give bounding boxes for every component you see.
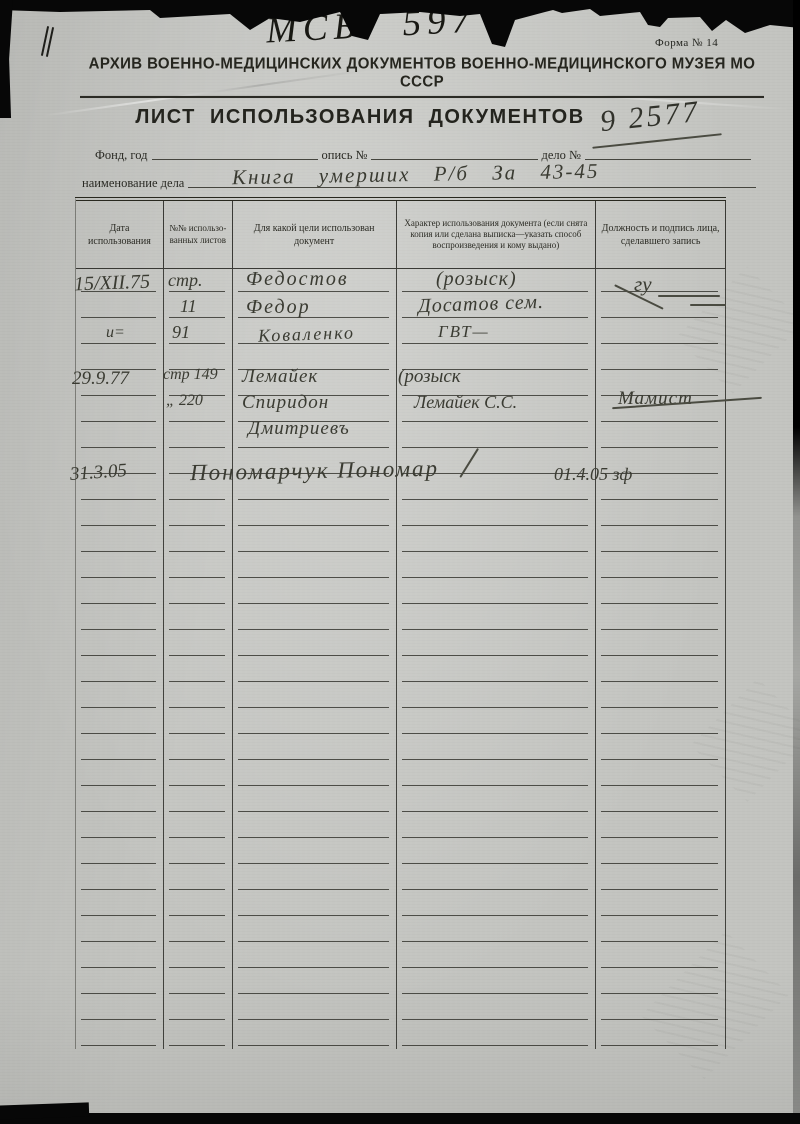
table-cell	[397, 503, 597, 529]
entry1-usage: (розыск)	[436, 268, 517, 291]
table-row	[76, 841, 726, 867]
table-cell	[397, 945, 597, 971]
table-row	[76, 425, 726, 451]
fond-line: Фонд, год опись № дело №	[95, 148, 755, 163]
table-cell	[164, 893, 233, 919]
table-cell	[596, 711, 726, 737]
table-cell	[596, 1023, 726, 1049]
fond-label: Фонд, год	[95, 148, 148, 163]
table-cell	[397, 893, 597, 919]
table-cell	[233, 581, 397, 607]
table-cell	[164, 685, 233, 711]
table-cell	[164, 503, 233, 529]
table-row	[76, 295, 726, 321]
entry1-usage: ГВТ—	[438, 322, 490, 342]
table-cell	[233, 607, 397, 633]
table-cell	[397, 971, 597, 997]
case-name-label: наименование дела	[82, 176, 184, 191]
entry2-sheets: стр 149	[163, 366, 218, 384]
table-row	[76, 503, 726, 529]
table-cell	[233, 815, 397, 841]
entry1-signature: гу	[634, 272, 652, 297]
table-cell	[397, 919, 597, 945]
form-number-label: Форма № 14	[655, 37, 718, 49]
entry1-name: Федор	[246, 296, 311, 319]
table-row	[76, 737, 726, 763]
entry1-date: 15/XII.75	[74, 271, 151, 297]
table-cell	[76, 997, 164, 1023]
table-cell	[76, 633, 164, 659]
table-row	[76, 945, 726, 971]
table-cell	[164, 659, 233, 685]
table-cell	[164, 581, 233, 607]
opis-label: опись №	[322, 148, 368, 163]
entry1-mark: и=	[106, 324, 125, 342]
table-cell	[397, 867, 597, 893]
table-cell	[596, 737, 726, 763]
scan-edge-bottom	[0, 1113, 800, 1124]
table-cell	[76, 737, 164, 763]
table-cell	[233, 659, 397, 685]
table-cell	[397, 841, 597, 867]
table-cell	[76, 945, 164, 971]
table-cell	[164, 763, 233, 789]
table-cell	[596, 945, 726, 971]
table-cell	[596, 581, 726, 607]
table-cell	[76, 763, 164, 789]
table-cell	[233, 711, 397, 737]
header-date: Дата использования	[76, 201, 164, 269]
table-cell	[76, 711, 164, 737]
table-cell	[164, 971, 233, 997]
table-cell	[76, 841, 164, 867]
table-cell	[397, 789, 597, 815]
table-cell	[397, 1023, 597, 1049]
table-row	[76, 529, 726, 555]
entry1-sheets: 91	[172, 322, 190, 343]
entry3-signature: 01.4.05 зф	[554, 464, 632, 485]
table-cell	[164, 711, 233, 737]
table-cell	[596, 529, 726, 555]
table-cell	[76, 867, 164, 893]
table-cell	[164, 633, 233, 659]
table-cell	[164, 295, 233, 321]
table-cell	[397, 529, 597, 555]
table-cell	[233, 737, 397, 763]
table-row	[76, 659, 726, 685]
table-row	[76, 789, 726, 815]
entry3-date: 31.3.05	[69, 460, 127, 486]
table-cell	[233, 789, 397, 815]
table-cell	[164, 919, 233, 945]
table-cell	[596, 269, 726, 295]
table-cell	[596, 867, 726, 893]
table-cell	[596, 347, 726, 373]
table-cell	[233, 555, 397, 581]
table-cell	[76, 607, 164, 633]
table-row	[76, 685, 726, 711]
table-cell	[233, 633, 397, 659]
header-signature: Должность и подпись лица, сделавшего зап…	[596, 201, 726, 269]
entry2-name: Лемайек	[242, 366, 318, 388]
table-cell	[596, 971, 726, 997]
delo-blank-line	[585, 158, 751, 160]
scan-edge-right	[793, 0, 800, 1124]
table-cell	[596, 841, 726, 867]
table-cell	[596, 815, 726, 841]
table-cell	[233, 971, 397, 997]
table-cell	[76, 555, 164, 581]
table-cell	[76, 425, 164, 451]
header-usage-character: Характер использования документа (если с…	[397, 201, 597, 269]
table-cell	[76, 685, 164, 711]
entry1-usage: Досатов сем.	[418, 291, 545, 318]
table-cell	[397, 581, 597, 607]
table-cell	[233, 685, 397, 711]
table-cell	[596, 789, 726, 815]
scanned-document: Форма № 14 АРХИВ ВОЕННО-МЕДИЦИНСКИХ ДОКУ…	[0, 0, 800, 1124]
table-cell	[397, 425, 597, 451]
table-cell	[164, 789, 233, 815]
table-cell	[233, 763, 397, 789]
table-cell	[233, 503, 397, 529]
entry1-sheets: 11	[180, 296, 197, 317]
table-cell	[233, 893, 397, 919]
page-title: ЛИСТ ИСПОЛЬЗОВАНИЯ ДОКУМЕНТОВ	[90, 106, 630, 129]
table-row	[76, 711, 726, 737]
table-cell	[233, 867, 397, 893]
table-row	[76, 763, 726, 789]
table-cell	[397, 321, 597, 347]
table-cell	[233, 919, 397, 945]
entry1-sheets: стр.	[168, 270, 203, 291]
table-cell	[233, 945, 397, 971]
table-cell	[76, 971, 164, 997]
table-cell	[233, 997, 397, 1023]
table-row	[76, 607, 726, 633]
table-header-row: Дата использования №№ использо- ванных л…	[76, 201, 726, 269]
table-cell	[76, 503, 164, 529]
table-row	[76, 1023, 726, 1049]
table-cell	[397, 607, 597, 633]
entry2-name: Спиридон	[242, 392, 329, 414]
table-cell	[596, 659, 726, 685]
table-cell	[164, 1023, 233, 1049]
table-cell	[76, 529, 164, 555]
fond-blank-line	[152, 158, 318, 160]
table-cell	[596, 425, 726, 451]
entry1-name: Федостов	[246, 268, 349, 291]
table-cell	[164, 945, 233, 971]
table-cell	[233, 841, 397, 867]
table-cell	[397, 633, 597, 659]
table-cell	[596, 555, 726, 581]
table-row	[76, 971, 726, 997]
table-cell	[164, 607, 233, 633]
table-cell	[164, 425, 233, 451]
table-cell	[596, 763, 726, 789]
table-cell	[596, 997, 726, 1023]
entry3-text: Пономарчук Пономар	[190, 456, 439, 486]
table-cell	[233, 1023, 397, 1049]
table-cell	[397, 711, 597, 737]
entry2-name: Дмитриевъ	[248, 418, 350, 440]
table-cell	[76, 919, 164, 945]
table-cell	[596, 321, 726, 347]
table-cell	[397, 737, 597, 763]
table-cell	[397, 659, 597, 685]
table-row	[76, 867, 726, 893]
table-cell	[596, 685, 726, 711]
table-cell	[164, 841, 233, 867]
table-row	[76, 997, 726, 1023]
table-row	[76, 893, 726, 919]
table-cell	[164, 529, 233, 555]
table-cell	[76, 581, 164, 607]
table-row	[76, 555, 726, 581]
table-row	[76, 919, 726, 945]
table-cell	[397, 685, 597, 711]
table-cell	[596, 893, 726, 919]
ink-stroke	[658, 295, 720, 297]
table-cell	[76, 893, 164, 919]
table-cell	[397, 555, 597, 581]
table-cell	[164, 555, 233, 581]
entry1-name: Коваленко	[258, 322, 356, 346]
table-cell	[596, 919, 726, 945]
table-cell	[76, 789, 164, 815]
table-cell	[397, 815, 597, 841]
header-purpose: Для какой цели использован документ	[233, 201, 397, 269]
archive-header: АРХИВ ВОЕННО-МЕДИЦИНСКИХ ДОКУМЕНТОВ ВОЕН…	[80, 55, 764, 98]
table-cell	[397, 763, 597, 789]
table-cell	[76, 815, 164, 841]
table-cell	[596, 503, 726, 529]
table-cell	[596, 607, 726, 633]
table-cell	[76, 399, 164, 425]
entry2-usage: (розыск	[398, 366, 461, 388]
table-cell	[76, 295, 164, 321]
table-cell	[164, 815, 233, 841]
entry2-sheets: „ 220	[166, 392, 203, 410]
ink-stroke	[690, 304, 726, 306]
entry2-date: 29.9.77	[72, 368, 129, 390]
header-sheet-numbers: №№ использо- ванных листов	[164, 201, 233, 269]
table-cell	[76, 1023, 164, 1049]
table-row	[76, 815, 726, 841]
table-cell	[397, 997, 597, 1023]
entry2-usage: Лемайек С.С.	[414, 392, 517, 413]
table-cell	[164, 737, 233, 763]
table-cell	[164, 867, 233, 893]
table-cell	[164, 997, 233, 1023]
table-cell	[233, 529, 397, 555]
table-cell	[596, 633, 726, 659]
table-row	[76, 633, 726, 659]
table-cell	[76, 659, 164, 685]
table-row	[76, 581, 726, 607]
